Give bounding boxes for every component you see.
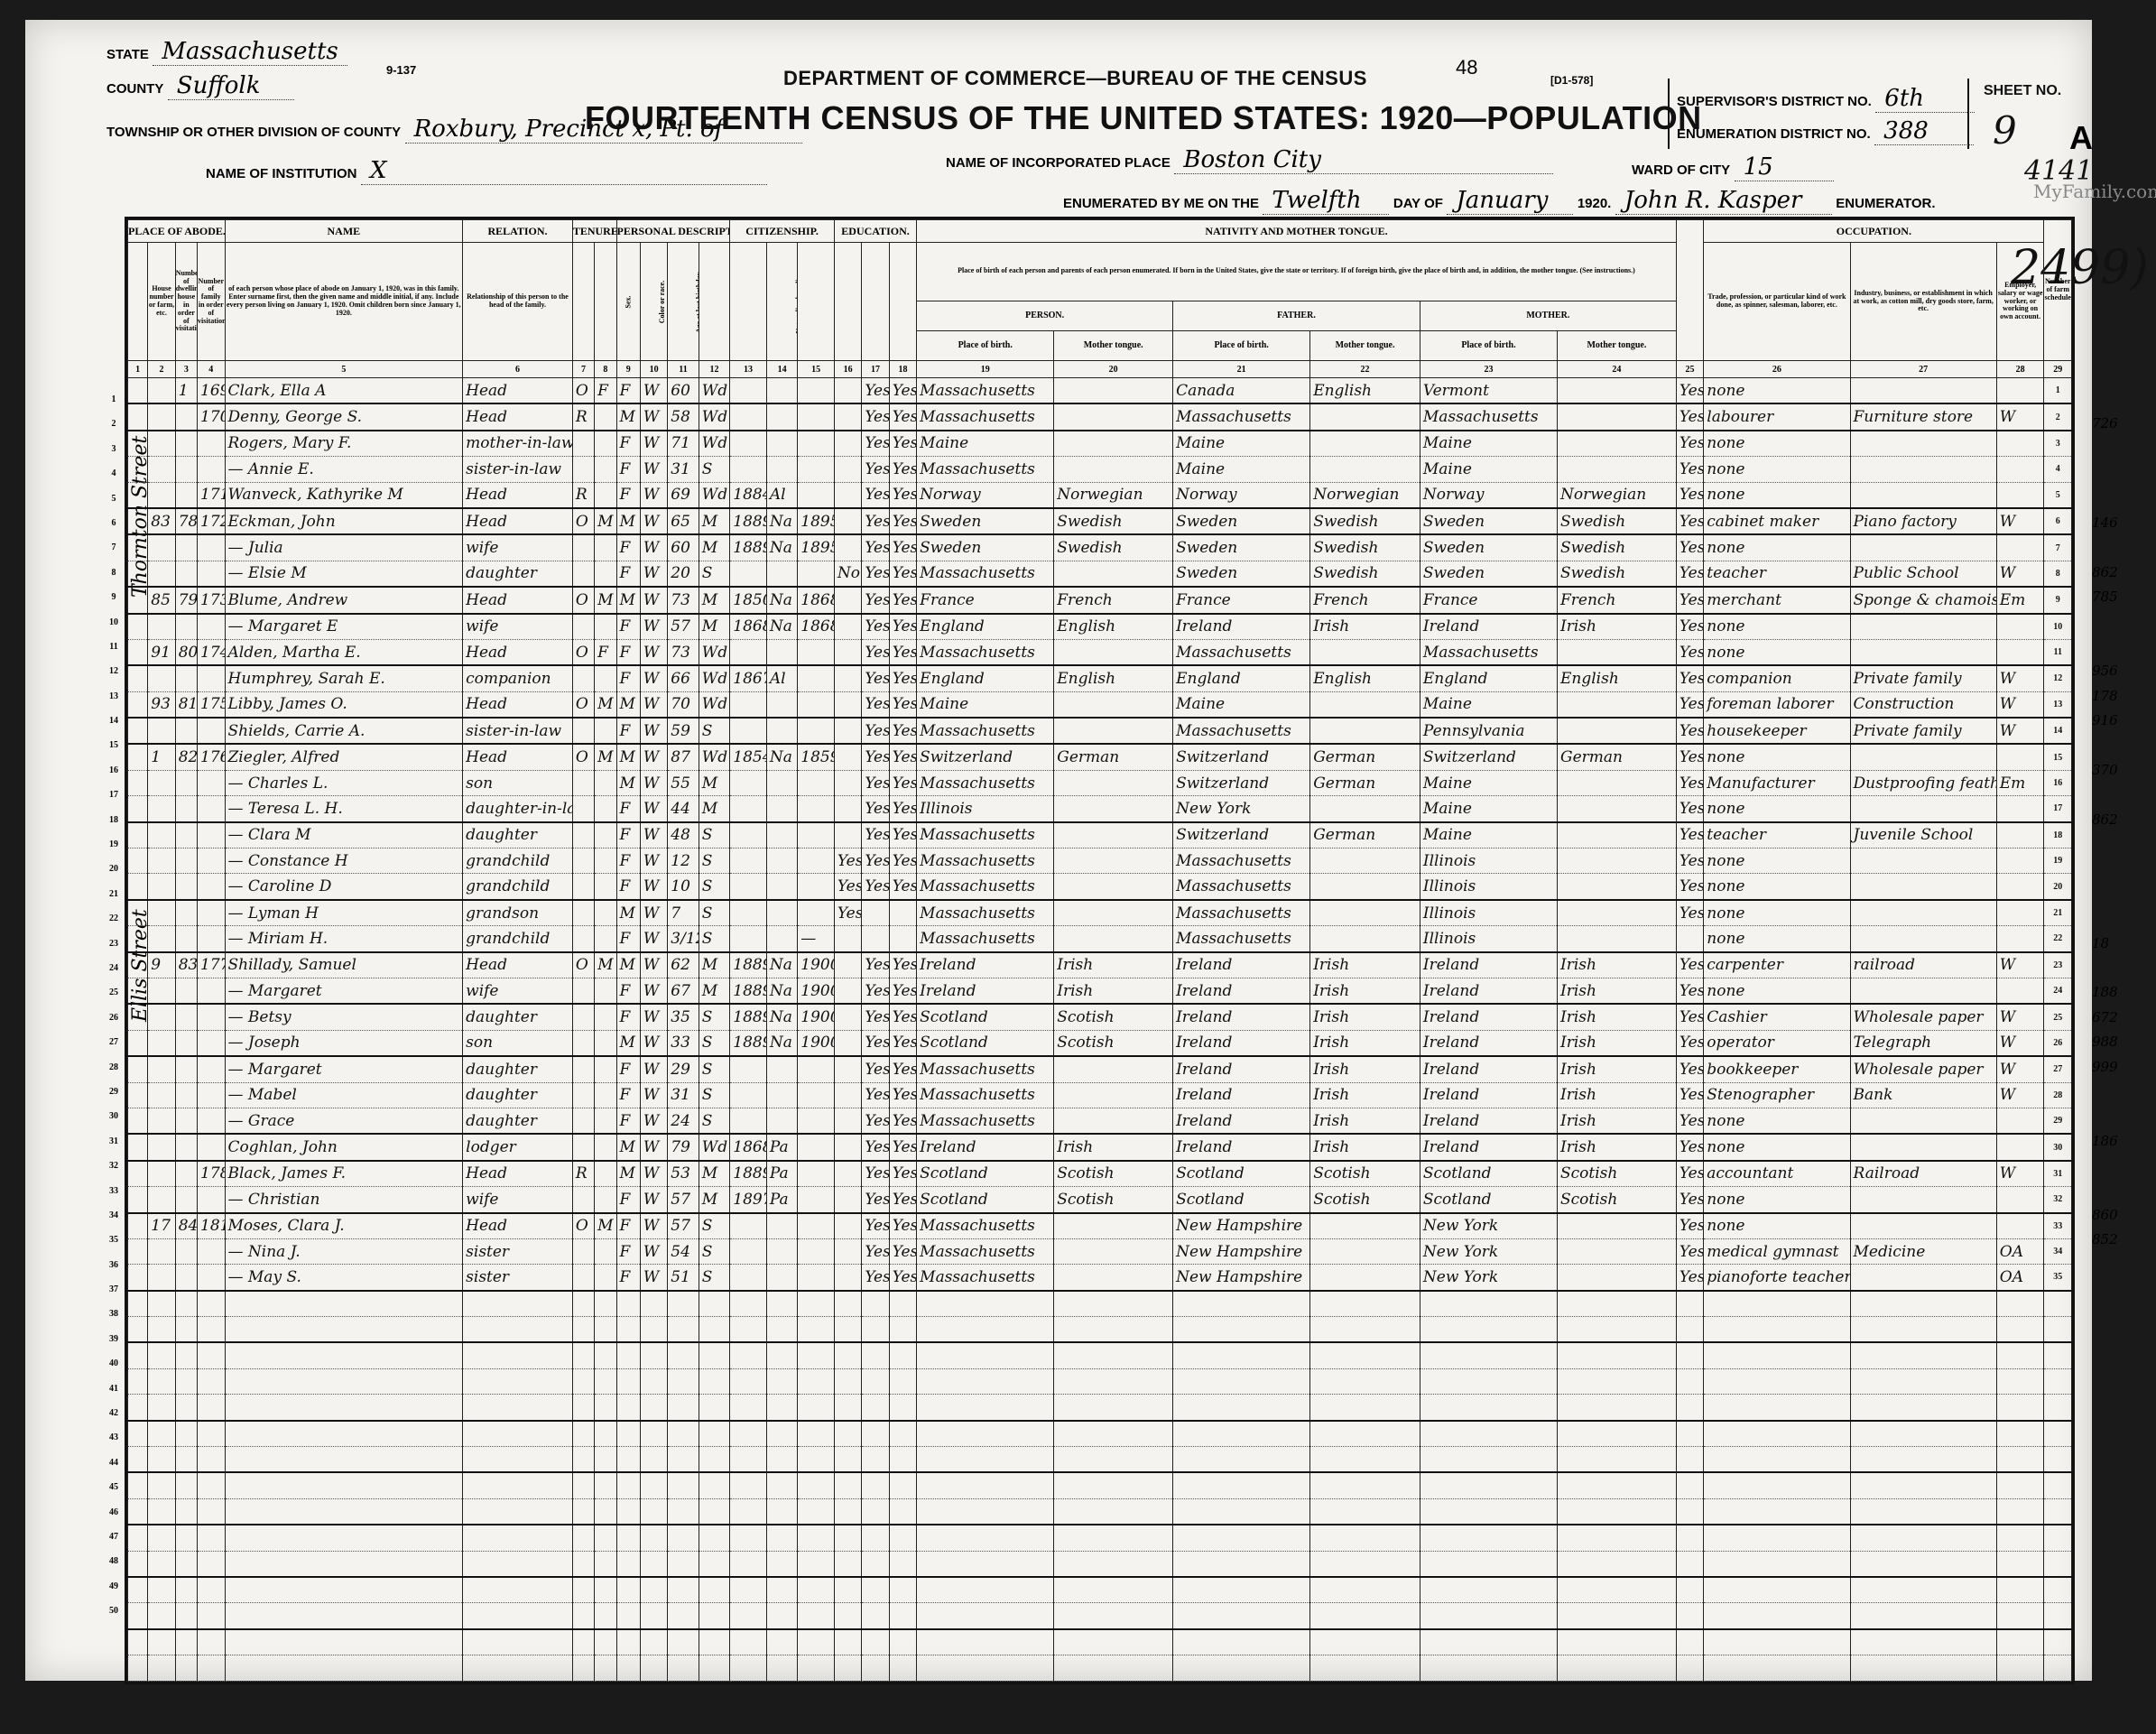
cell-mpob: France: [1420, 587, 1557, 613]
cell-industry: Public School: [1850, 561, 1996, 587]
cell-house: [148, 978, 175, 1004]
cell-english: Yes: [1676, 1238, 1703, 1264]
cell-house: [148, 1134, 175, 1160]
cell-sex: M: [616, 744, 640, 770]
cell-sex: F: [616, 1213, 640, 1239]
column-number: 21: [1173, 361, 1310, 378]
col-1-street: Street, avenue, road, etc.: [128, 243, 148, 361]
cell-free: [595, 926, 616, 952]
cell-write: [889, 1342, 916, 1368]
cell-tenure: O: [572, 508, 594, 534]
cell-read: [862, 1291, 889, 1317]
cell-line: [2044, 1603, 2072, 1629]
cell-dwelling: [175, 1525, 197, 1551]
cell-ftongue: [1310, 1265, 1420, 1291]
cell-tongue: [1054, 1629, 1173, 1655]
cell-street: [128, 639, 148, 665]
cell-ftongue: Irish: [1310, 1004, 1420, 1030]
cell-pob: [917, 1629, 1054, 1655]
cell-mtongue: Irish: [1558, 1134, 1677, 1160]
line-number: 17: [105, 783, 123, 807]
cell-write: [889, 1498, 916, 1525]
cell-write: [889, 1525, 916, 1551]
cell-house: [148, 1655, 175, 1681]
cell-tenure: [572, 1134, 594, 1160]
cell-name: [225, 1368, 463, 1394]
cell-read: Yes: [862, 431, 889, 457]
cell-fpob: [1173, 1603, 1310, 1629]
cell-immig: [730, 1629, 767, 1655]
cell-tenure: [572, 1603, 594, 1629]
cell-name: Black, James F.: [225, 1161, 463, 1187]
col-26-trade: Trade, profession, or particular kind of…: [1704, 243, 1850, 361]
cell-school: [834, 431, 861, 457]
cell-tongue: [1054, 1082, 1173, 1108]
cell-family: [198, 1187, 225, 1213]
cell-school: [834, 978, 861, 1004]
cell-marital: M: [699, 796, 730, 822]
cell-english: Yes: [1676, 796, 1703, 822]
cell-age: [668, 1447, 699, 1473]
line-number: 41: [105, 1377, 123, 1401]
cell-emp: Em: [1996, 770, 2044, 795]
cell-read: [862, 1317, 889, 1343]
cell-sex: F: [616, 796, 640, 822]
cell-industry: [1850, 378, 1996, 404]
cell-free: M: [595, 952, 616, 978]
cell-street: [128, 1317, 148, 1343]
cell-emp: [1996, 1368, 2044, 1394]
cell-marital: Wd: [699, 403, 730, 430]
margin-code: [2092, 1253, 2146, 1277]
cell-dwelling: [175, 1082, 197, 1108]
cell-tongue: [1054, 1291, 1173, 1317]
column-number: 1: [128, 361, 148, 378]
cell-emp: [1996, 744, 2044, 770]
cell-line: 13: [2044, 691, 2072, 718]
cell-tongue: [1054, 691, 1173, 718]
column-number: 2: [148, 361, 175, 378]
cell-mtongue: [1558, 900, 1677, 926]
cell-dwelling: 82: [175, 744, 197, 770]
cell-dwelling: [175, 1577, 197, 1603]
cell-write: Yes: [889, 952, 916, 978]
cell-fpob: Sweden: [1173, 561, 1310, 587]
cell-pob: [917, 1655, 1054, 1681]
cell-school: [834, 1213, 861, 1239]
cell-sex: F: [616, 874, 640, 900]
cell-street: [128, 796, 148, 822]
cell-tenure: [572, 1655, 594, 1681]
cell-mpob: Sweden: [1420, 534, 1557, 561]
cell-english: Yes: [1676, 482, 1703, 508]
cell-free: [595, 1395, 616, 1421]
line-number: 50: [105, 1599, 123, 1623]
cell-line: 15: [2044, 744, 2072, 770]
cell-ftongue: [1310, 1577, 1420, 1603]
enumerator-name: John R. Kasper: [1615, 187, 1832, 215]
cell-race: W: [640, 431, 667, 457]
margin-code: 178: [2092, 684, 2146, 709]
cell-tenure: [572, 665, 594, 691]
cell-nat: Na: [766, 534, 797, 561]
cell-school: [834, 1525, 861, 1551]
table-row: — Constance HgrandchildFW12SYesYesYesMas…: [128, 848, 2072, 874]
cell-race: W: [640, 403, 667, 430]
cell-immig: [730, 822, 767, 848]
column-number: 15: [798, 361, 835, 378]
cell-relation: [463, 1368, 573, 1394]
cell-dwelling: 1: [175, 378, 197, 404]
cell-tenure: [572, 1108, 594, 1134]
cell-industry: Wholesale paper: [1850, 1004, 1996, 1030]
cell-tenure: [572, 534, 594, 561]
cell-immig: [730, 718, 767, 744]
cell-trade: [1704, 1421, 1850, 1447]
cell-marital: [699, 1447, 730, 1473]
cell-immig: [730, 639, 767, 665]
cell-industry: [1850, 900, 1996, 926]
cell-natyr: 1895: [798, 508, 835, 534]
cell-tongue: English: [1054, 665, 1173, 691]
cell-race: [640, 1395, 667, 1421]
cell-name: Shields, Carrie A.: [225, 718, 463, 744]
line-number: 39: [105, 1327, 123, 1351]
incorporated-place-field: NAME OF INCORPORATED PLACE Boston City: [946, 146, 1553, 174]
cell-immig: 1889: [730, 1004, 767, 1030]
cell-nat: Al: [766, 665, 797, 691]
cell-marital: M: [699, 1187, 730, 1213]
cell-tenure: [572, 1577, 594, 1603]
cell-school: [834, 1577, 861, 1603]
cell-line: 29: [2044, 1108, 2072, 1134]
cell-trade: [1704, 1342, 1850, 1368]
cell-dwelling: [175, 796, 197, 822]
cell-english: [1676, 1395, 1703, 1421]
cell-family: [198, 874, 225, 900]
cell-house: [148, 1161, 175, 1187]
line-number: 19: [105, 832, 123, 857]
cell-write: [889, 1655, 916, 1681]
cell-emp: W: [1996, 718, 2044, 744]
cell-mpob: Illinois: [1420, 874, 1557, 900]
cell-nat: [766, 639, 797, 665]
cell-mtongue: [1558, 848, 1677, 874]
cell-line: 34: [2044, 1238, 2072, 1264]
cell-mpob: Ireland: [1420, 1030, 1557, 1056]
cell-tenure: R: [572, 1161, 594, 1187]
watermark: MyFamily.com: [2033, 181, 2156, 202]
cell-english: Yes: [1676, 1161, 1703, 1187]
cell-tongue: [1054, 1317, 1173, 1343]
column-number: 18: [889, 361, 916, 378]
cell-family: [198, 1317, 225, 1343]
cell-industry: [1850, 614, 1996, 640]
cell-dwelling: [175, 457, 197, 482]
cell-dwelling: 84: [175, 1213, 197, 1239]
cell-emp: W: [1996, 691, 2044, 718]
cell-fpob: [1173, 1342, 1310, 1368]
cell-family: 175: [198, 691, 225, 718]
cell-tenure: [572, 874, 594, 900]
line-number: 29: [105, 1080, 123, 1104]
cell-english: [1676, 1342, 1703, 1368]
cell-industry: Wholesale paper: [1850, 1056, 1996, 1082]
cell-race: W: [640, 1056, 667, 1082]
cell-english: [1676, 1472, 1703, 1498]
cell-family: [198, 457, 225, 482]
cell-emp: [1996, 1395, 2044, 1421]
cell-sex: F: [616, 1238, 640, 1264]
cell-write: [889, 1317, 916, 1343]
cell-emp: [1996, 639, 2044, 665]
cell-write: [889, 1395, 916, 1421]
cell-mtongue: [1558, 1238, 1677, 1264]
cell-tongue: [1054, 1525, 1173, 1551]
cell-natyr: 1900: [798, 978, 835, 1004]
cell-race: W: [640, 691, 667, 718]
cell-write: Yes: [889, 796, 916, 822]
cell-write: Yes: [889, 482, 916, 508]
cell-tongue: [1054, 457, 1173, 482]
table-row: [128, 1577, 2072, 1603]
cell-industry: Construction: [1850, 691, 1996, 718]
cell-tenure: [572, 1395, 594, 1421]
cell-free: [595, 1551, 616, 1577]
cell-name: Alden, Martha E.: [225, 639, 463, 665]
cell-tongue: Scotish: [1054, 1187, 1173, 1213]
cell-name: [225, 1472, 463, 1498]
cell-nat: [766, 457, 797, 482]
cell-tenure: [572, 1056, 594, 1082]
cell-nat: Na: [766, 744, 797, 770]
cell-dwelling: [175, 1291, 197, 1317]
cell-ftongue: [1310, 1395, 1420, 1421]
enumerated-label: ENUMERATED BY ME ON THE: [1063, 196, 1259, 211]
cell-family: 174: [198, 639, 225, 665]
cell-family: [198, 1082, 225, 1108]
cell-tongue: [1054, 1395, 1173, 1421]
cell-mtongue: [1558, 403, 1677, 430]
cell-ftongue: [1310, 718, 1420, 744]
cell-emp: [1996, 1342, 2044, 1368]
cell-immig: [730, 848, 767, 874]
cell-name: — Clara M: [225, 822, 463, 848]
cell-tenure: [572, 1421, 594, 1447]
cell-fpob: Massachusetts: [1173, 926, 1310, 952]
cell-industry: [1850, 1108, 1996, 1134]
line-number: 28: [105, 1055, 123, 1080]
cell-tongue: [1054, 1447, 1173, 1473]
cell-family: [198, 1238, 225, 1264]
cell-free: [595, 1629, 616, 1655]
cell-line: 14: [2044, 718, 2072, 744]
cell-relation: sister-in-law: [463, 457, 573, 482]
cell-sex: F: [616, 926, 640, 952]
cell-age: 51: [668, 1265, 699, 1291]
line-number: 1: [105, 387, 123, 412]
cell-nat: [766, 822, 797, 848]
line-number: 18: [105, 808, 123, 832]
cell-family: 173: [198, 587, 225, 613]
cell-read: Yes: [862, 718, 889, 744]
cell-sex: F: [616, 534, 640, 561]
cell-nat: [766, 431, 797, 457]
cell-relation: [463, 1291, 573, 1317]
cell-fpob: Scotland: [1173, 1161, 1310, 1187]
cell-tenure: [572, 796, 594, 822]
cell-free: F: [595, 639, 616, 665]
cell-line: 27: [2044, 1056, 2072, 1082]
cell-mpob: Sweden: [1420, 508, 1557, 534]
cell-pob: Massachusetts: [917, 561, 1054, 587]
cell-mpob: [1420, 1603, 1557, 1629]
cell-race: W: [640, 1004, 667, 1030]
cell-race: W: [640, 457, 667, 482]
cell-age: 48: [668, 822, 699, 848]
cell-fpob: Sweden: [1173, 534, 1310, 561]
cell-write: Yes: [889, 1265, 916, 1291]
margin-code: [2092, 733, 2146, 757]
cell-mtongue: [1558, 1498, 1677, 1525]
cell-line: 21: [2044, 900, 2072, 926]
cell-free: M: [595, 508, 616, 534]
cell-read: [862, 1498, 889, 1525]
cell-free: [595, 482, 616, 508]
cell-nat: [766, 848, 797, 874]
cell-race: W: [640, 614, 667, 640]
cell-dwelling: [175, 614, 197, 640]
cell-tongue: Swedish: [1054, 534, 1173, 561]
cell-mpob: England: [1420, 665, 1557, 691]
form-number: 9-137: [386, 63, 416, 77]
cell-relation: grandchild: [463, 874, 573, 900]
cell-name: — Margaret: [225, 1056, 463, 1082]
cell-name: Shillady, Samuel: [225, 952, 463, 978]
cell-age: 7: [668, 900, 699, 926]
cell-sex: [616, 1655, 640, 1681]
group-mother: MOTHER.: [1420, 301, 1676, 330]
cell-fpob: Massachusetts: [1173, 874, 1310, 900]
cell-pob: Massachusetts: [917, 1082, 1054, 1108]
column-number: 8: [595, 361, 616, 378]
line-number: 15: [105, 733, 123, 757]
cell-street: [128, 770, 148, 795]
cell-fpob: Switzerland: [1173, 822, 1310, 848]
cell-age: 57: [668, 1213, 699, 1239]
margin-code: 146: [2092, 511, 2146, 535]
cell-read: Yes: [862, 457, 889, 482]
cell-natyr: [798, 1525, 835, 1551]
cell-dwelling: [175, 978, 197, 1004]
cell-write: Yes: [889, 874, 916, 900]
cell-dwelling: [175, 1551, 197, 1577]
cell-dwelling: [175, 1161, 197, 1187]
cell-tenure: O: [572, 744, 594, 770]
cell-race: W: [640, 587, 667, 613]
cell-dwelling: [175, 848, 197, 874]
cell-emp: [1996, 1134, 2044, 1160]
cell-industry: [1850, 926, 1996, 952]
cell-house: 91: [148, 639, 175, 665]
cell-english: [1676, 1551, 1703, 1577]
cell-school: [834, 1603, 861, 1629]
cell-mtongue: Irish: [1558, 1004, 1677, 1030]
cell-name: — Elsie M: [225, 561, 463, 587]
institution-field: NAME OF INSTITUTION X: [206, 157, 767, 185]
cell-school: [834, 744, 861, 770]
supervisor-district-label: SUPERVISOR'S DISTRICT NO.: [1677, 94, 1872, 109]
column-number: 22: [1310, 361, 1420, 378]
cell-mpob: Switzerland: [1420, 744, 1557, 770]
margin-code: [2092, 1302, 2146, 1326]
cell-line: 26: [2044, 1030, 2072, 1056]
cell-street: [128, 1395, 148, 1421]
line-number: 5: [105, 487, 123, 511]
cell-school: No: [834, 561, 861, 587]
cell-write: Yes: [889, 1213, 916, 1239]
cell-immig: [730, 1238, 767, 1264]
cell-fpob: Ireland: [1173, 614, 1310, 640]
cell-relation: lodger: [463, 1134, 573, 1160]
table-row: 8579173Blume, AndrewHeadOMMW73M1850Na186…: [128, 587, 2072, 613]
cell-fpob: Massachusetts: [1173, 718, 1310, 744]
cell-emp: [1996, 1655, 2044, 1681]
cell-race: W: [640, 561, 667, 587]
cell-write: [889, 900, 916, 926]
cell-nat: [766, 926, 797, 952]
cell-read: [862, 1577, 889, 1603]
col-5-name: of each person whose place of abode on J…: [225, 243, 463, 361]
cell-house: 1: [148, 744, 175, 770]
cell-industry: [1850, 1265, 1996, 1291]
cell-race: W: [640, 848, 667, 874]
column-number: 9: [616, 361, 640, 378]
margin-code: [2092, 1475, 2146, 1499]
cell-race: W: [640, 639, 667, 665]
cell-marital: S: [699, 1004, 730, 1030]
column-number: 4: [198, 361, 225, 378]
cell-emp: OA: [1996, 1265, 2044, 1291]
cell-relation: daughter: [463, 1082, 573, 1108]
cell-english: [1676, 1498, 1703, 1525]
column-number: 16: [834, 361, 861, 378]
cell-sex: M: [616, 900, 640, 926]
cell-mpob: Ireland: [1420, 952, 1557, 978]
cell-dwelling: [175, 1498, 197, 1525]
cell-trade: Cashier: [1704, 1004, 1850, 1030]
cell-line: 10: [2044, 614, 2072, 640]
cell-mtongue: [1558, 1629, 1677, 1655]
cell-read: [862, 1472, 889, 1498]
cell-dwelling: [175, 1317, 197, 1343]
cell-marital: Wd: [699, 744, 730, 770]
cell-fpob: Ireland: [1173, 1082, 1310, 1108]
cell-dwelling: [175, 1368, 197, 1394]
table-row: [128, 1525, 2072, 1551]
cell-street: [128, 1161, 148, 1187]
cell-ftongue: [1310, 874, 1420, 900]
cell-ftongue: Irish: [1310, 952, 1420, 978]
line-number: 33: [105, 1179, 123, 1203]
cell-write: [889, 1421, 916, 1447]
cell-street: [128, 1134, 148, 1160]
cell-read: Yes: [862, 978, 889, 1004]
table-row: — Caroline DgrandchildFW10SYesYesYesMass…: [128, 874, 2072, 900]
cell-natyr: [798, 665, 835, 691]
cell-immig: 1867: [730, 665, 767, 691]
cell-emp: [1996, 1577, 2044, 1603]
